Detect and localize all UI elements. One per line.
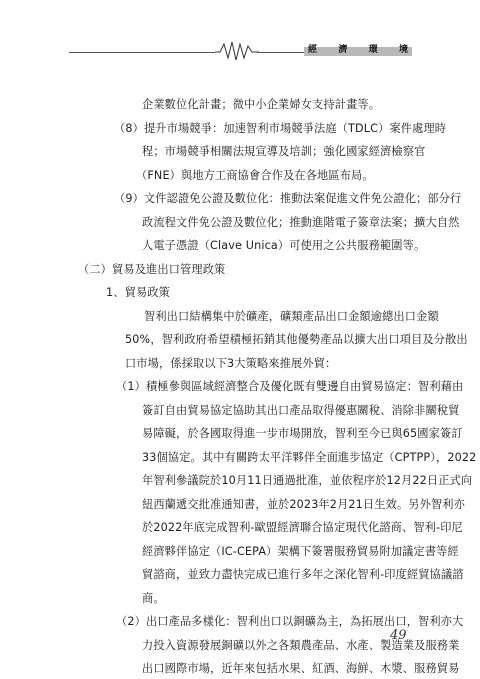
section-title-char: 經 — [308, 43, 317, 57]
page-header: 經 濟 環 境 — [0, 0, 480, 70]
text-line: （FNE）與地方工商協會合作及在各地區布局。 — [136, 169, 374, 183]
text-line: 口市場，係採取以下3大策略來推展外貿： — [125, 357, 336, 371]
text-line: 力投入資源發展銅礦以外之各類農產品、水產、製造業及服務業 — [142, 639, 459, 653]
text-line: 企業數位化計畫；微中小企業婦女支持計畫等。 — [142, 98, 380, 112]
text-line: （8）提升市場競爭：加速智利市場競爭法庭（TDLC）案件處理時 — [114, 122, 446, 136]
text-line: 年智利參議院於10月11日通過批准，並依程序於12月22日正式向 — [142, 474, 472, 488]
text-line: 易障礙，於各國取得進一步市場開放，智利至今已與65國家簽訂 — [142, 427, 463, 441]
text-line: （2）出口產品多樣化：智利出口以銅礦為主，為拓展出口，智利亦大 — [116, 615, 463, 629]
text-line: 紐西蘭遞交批准通知書，並於2023年2月21日生效。另外智利亦 — [142, 498, 465, 512]
text-line: 程；市場競爭相關法規宣導及培訓；強化國家經濟檢察官 — [142, 145, 425, 159]
section-title: 經 濟 環 境 — [304, 43, 412, 57]
text-line: 貿諮商，並致力盡快完成已進行多年之深化智利-印度經貿協議諮 — [142, 568, 464, 582]
text-line: 50%，智利政府希望積極拓銷其他優勢產品以擴大出口項目及分散出 — [125, 333, 468, 347]
text-line: 商。 — [142, 592, 165, 606]
page-number: 49 — [390, 628, 407, 643]
text-line: 簽訂自由貿易協定協助其出口產品取得優惠關稅、消除非關稅貿 — [142, 404, 459, 418]
header-rule-mid — [257, 52, 305, 53]
text-line: 1、貿易政策 — [106, 286, 170, 300]
section-title-char: 濟 — [338, 43, 347, 57]
text-line: 33個協定。其中有關跨太平洋夥伴全面進步協定（CPTPP），2022 — [142, 451, 476, 465]
text-line: 經濟夥伴協定（IC-CEPA）架構下簽署服務貿易附加議定書等經 — [142, 545, 459, 559]
text-line: 於2022年底完成智利-歐盟經濟聯合協定現代化諮商、智利-印尼 — [142, 521, 463, 535]
section-title-char: 環 — [369, 43, 378, 57]
text-line: 智利出口結構集中於礦產，礦類產品出口金額逾總出口金額 — [144, 310, 439, 324]
header-rule-left — [69, 52, 215, 53]
text-line: （二）貿易及進出口管理政策 — [78, 263, 225, 277]
text-line: 政流程文件免公證及數位化；推動進階電子簽章法案；擴大自然 — [142, 216, 459, 230]
text-line: （9）文件認證免公證及數位化：推動法案促進文件免公證化；部分行 — [114, 192, 461, 206]
section-title-char: 境 — [399, 43, 408, 57]
text-line: （1）積極參與區域經濟整合及優化既有雙邊自由貿易協定：智利藉由 — [116, 380, 463, 394]
text-line: 出口國際市場，近年來包括水果、紅酒、海鮮、木漿、服務貿易 — [142, 662, 459, 676]
text-line: 人電子憑證（Clave Unica）可使用之公共服務範圍等。 — [142, 239, 425, 253]
zigzag-ornament-icon — [215, 40, 259, 64]
